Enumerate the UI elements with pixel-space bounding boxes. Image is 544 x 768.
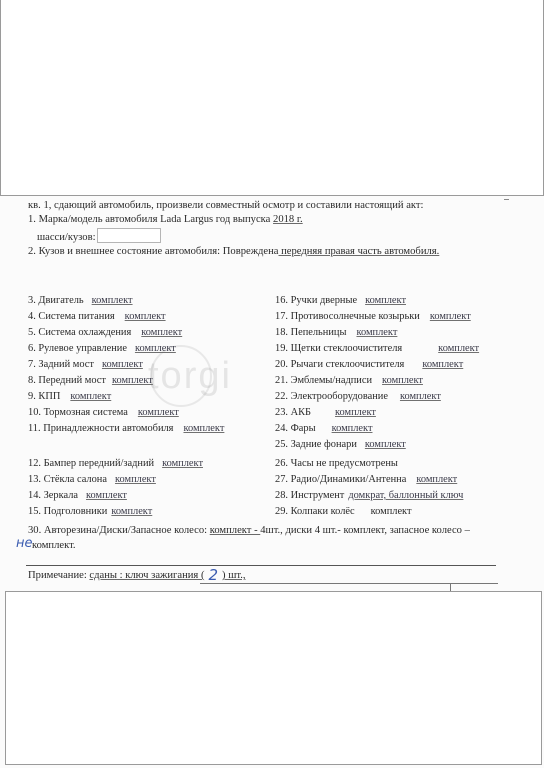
item-label: 4. Система питания bbox=[28, 311, 115, 322]
item-label: 7. Задний мост bbox=[28, 359, 94, 370]
vin-field[interactable] bbox=[97, 228, 161, 243]
item-label: 19. Щетки стеклоочистителя bbox=[275, 343, 402, 354]
item-value: комплект bbox=[356, 327, 397, 338]
item-1: 1. Марка/модель автомобиля Lada Largus г… bbox=[28, 213, 303, 226]
item-value: домкрат, баллонный ключ bbox=[348, 490, 463, 501]
item-30-value: комплект - bbox=[210, 525, 261, 536]
item-value: комплект bbox=[138, 407, 179, 418]
redacted-area-top bbox=[0, 0, 544, 196]
handwritten-count: 2 bbox=[208, 569, 218, 582]
watermark: torgi bbox=[148, 355, 232, 398]
item-1-year: 2018 г. bbox=[273, 214, 303, 225]
item-label: 13. Стёкла салона bbox=[28, 474, 107, 485]
checklist-item: 4. Система питаниякомплект bbox=[28, 310, 166, 323]
item-label: 27. Радио/Динамики/Антенна bbox=[275, 474, 406, 485]
checklist-item: 26. Часы не предусмотрены bbox=[275, 457, 398, 470]
vin-label: шасси/кузов: bbox=[37, 232, 96, 243]
checklist-item: 23. АКБкомплект bbox=[275, 406, 376, 419]
checklist-item: 25. Задние фонарикомплект bbox=[275, 438, 406, 451]
item-2-value: передняя правая часть автомобиля. bbox=[278, 246, 439, 257]
item-label: 23. АКБ bbox=[275, 407, 311, 418]
note-suffix: ) шт., bbox=[222, 570, 245, 581]
checklist-item: 22. Электрооборудованиекомплект bbox=[275, 390, 441, 403]
item-label: 24. Фары bbox=[275, 423, 316, 434]
item-label: 3. Двигатель bbox=[28, 295, 84, 306]
checklist-item: 3. Двигателькомплект bbox=[28, 294, 133, 307]
item-1-label: 1. Марка/модель автомобиля Lada Largus г… bbox=[28, 214, 273, 225]
item-value: комплект bbox=[141, 327, 182, 338]
checklist-item: 9. КППкомплект bbox=[28, 390, 111, 403]
item-value: комплект bbox=[125, 311, 166, 322]
checklist-item: 24. Фарыкомплект bbox=[275, 422, 373, 435]
item-30: 30. Авторезина/Диски/Запасное колесо: ко… bbox=[28, 524, 470, 537]
item-label: 17. Противосолнечные козырьки bbox=[275, 311, 420, 322]
checklist-item: 5. Система охлаждениякомплект bbox=[28, 326, 182, 339]
checklist-item: 7. Задний мосткомплект bbox=[28, 358, 143, 371]
item-label: 11. Принадлежности автомобиля bbox=[28, 423, 173, 434]
checklist-item: 27. Радио/Динамики/Антеннакомплект bbox=[275, 473, 457, 486]
item-label: 28. Инструмент bbox=[275, 490, 344, 501]
checklist-item: 15. Подголовникикомплект bbox=[28, 505, 152, 518]
checklist-item: 16. Ручки дверныекомплект bbox=[275, 294, 406, 307]
vin-row: шасси/кузов: bbox=[37, 228, 161, 244]
checklist-item: 14. Зеркалакомплект bbox=[28, 489, 127, 502]
divider-line bbox=[26, 565, 496, 566]
item-label: 15. Подголовники bbox=[28, 506, 107, 517]
item-value: комплект bbox=[92, 295, 133, 306]
item-value: комплект bbox=[438, 343, 479, 354]
checklist-item: 8. Передний мосткомплект bbox=[28, 374, 153, 387]
note: Примечание: сданы : ключ зажигания (2) ш… bbox=[28, 569, 246, 582]
item-value: комплект bbox=[335, 407, 376, 418]
item-value: комплект bbox=[382, 375, 423, 386]
item-label: 8. Передний мост bbox=[28, 375, 106, 386]
item-label: 25. Задние фонари bbox=[275, 439, 357, 450]
checklist-item: 11. Принадлежности автомобилякомплект bbox=[28, 422, 224, 435]
item-value: комплект bbox=[371, 506, 412, 517]
item-2-label: 2. Кузов и внешнее состояние автомобиля:… bbox=[28, 246, 278, 257]
checklist-item: 28. Инструментдомкрат, баллонный ключ bbox=[275, 489, 463, 502]
item-label: 16. Ручки дверные bbox=[275, 295, 357, 306]
item-value: комплект bbox=[111, 506, 152, 517]
checklist-item: 6. Рулевое управлениекомплект bbox=[28, 342, 176, 355]
checklist-item: 21. Эмблемы/надписикомплект bbox=[275, 374, 423, 387]
item-value: комплект bbox=[183, 423, 224, 434]
item-30-line2: комплект. bbox=[32, 539, 76, 552]
intro-text: кв. 1, сдающий автомобиль, произвели сов… bbox=[28, 199, 424, 212]
item-label: 18. Пепельницы bbox=[275, 327, 346, 338]
item-label: 26. Часы не предусмотрены bbox=[275, 458, 398, 469]
checklist-item: 13. Стёкла салонакомплект bbox=[28, 473, 156, 486]
item-value: комплект bbox=[86, 490, 127, 501]
item-label: 20. Рычаги стеклоочистителя bbox=[275, 359, 404, 370]
item-value: комплект bbox=[365, 439, 406, 450]
item-value: комплект bbox=[400, 391, 441, 402]
item-value: комплект bbox=[416, 474, 457, 485]
item-value: комплект bbox=[332, 423, 373, 434]
checklist-item: 17. Противосолнечные козырькикомплект bbox=[275, 310, 471, 323]
item-label: 5. Система охлаждения bbox=[28, 327, 131, 338]
checklist-item: 20. Рычаги стеклоочистителякомплект bbox=[275, 358, 463, 371]
checklist-item: 29. Колпаки колёскомплект bbox=[275, 505, 412, 518]
item-30-rest: 4шт., диски 4 шт.- комплект, запасное ко… bbox=[260, 525, 470, 536]
item-label: 9. КПП bbox=[28, 391, 60, 402]
note-value: сданы : ключ зажигания ( bbox=[89, 570, 204, 581]
item-value: комплект bbox=[430, 311, 471, 322]
checklist-item: 18. Пепельницыкомплект bbox=[275, 326, 397, 339]
item-2: 2. Кузов и внешнее состояние автомобиля:… bbox=[28, 245, 439, 258]
item-label: 6. Рулевое управление bbox=[28, 343, 127, 354]
item-value: комплект bbox=[365, 295, 406, 306]
item-label: 12. Бампер передний/задний bbox=[28, 458, 154, 469]
redacted-area-bottom bbox=[5, 591, 542, 765]
page-mark bbox=[504, 199, 509, 200]
item-value: комплект bbox=[70, 391, 111, 402]
checklist-item: 12. Бампер передний/заднийкомплект bbox=[28, 457, 203, 470]
item-value: комплект bbox=[115, 474, 156, 485]
item-value: комплект bbox=[422, 359, 463, 370]
item-label: 22. Электрооборудование bbox=[275, 391, 388, 402]
checklist-item: 19. Щетки стеклоочистителякомплект bbox=[275, 342, 479, 355]
item-value: комплект bbox=[135, 343, 176, 354]
item-label: 10. Тормозная система bbox=[28, 407, 128, 418]
note-underline bbox=[200, 583, 498, 584]
item-value: комплект bbox=[162, 458, 203, 469]
item-label: 21. Эмблемы/надписи bbox=[275, 375, 372, 386]
handwritten-ne: не bbox=[16, 536, 33, 551]
note-label: Примечание: bbox=[28, 570, 89, 581]
item-30-label: 30. Авторезина/Диски/Запасное колесо: bbox=[28, 525, 210, 536]
item-label: 29. Колпаки колёс bbox=[275, 506, 355, 517]
checklist-item: 10. Тормозная системакомплект bbox=[28, 406, 179, 419]
item-value: комплект bbox=[102, 359, 143, 370]
item-value: комплект bbox=[112, 375, 153, 386]
item-label: 14. Зеркала bbox=[28, 490, 78, 501]
